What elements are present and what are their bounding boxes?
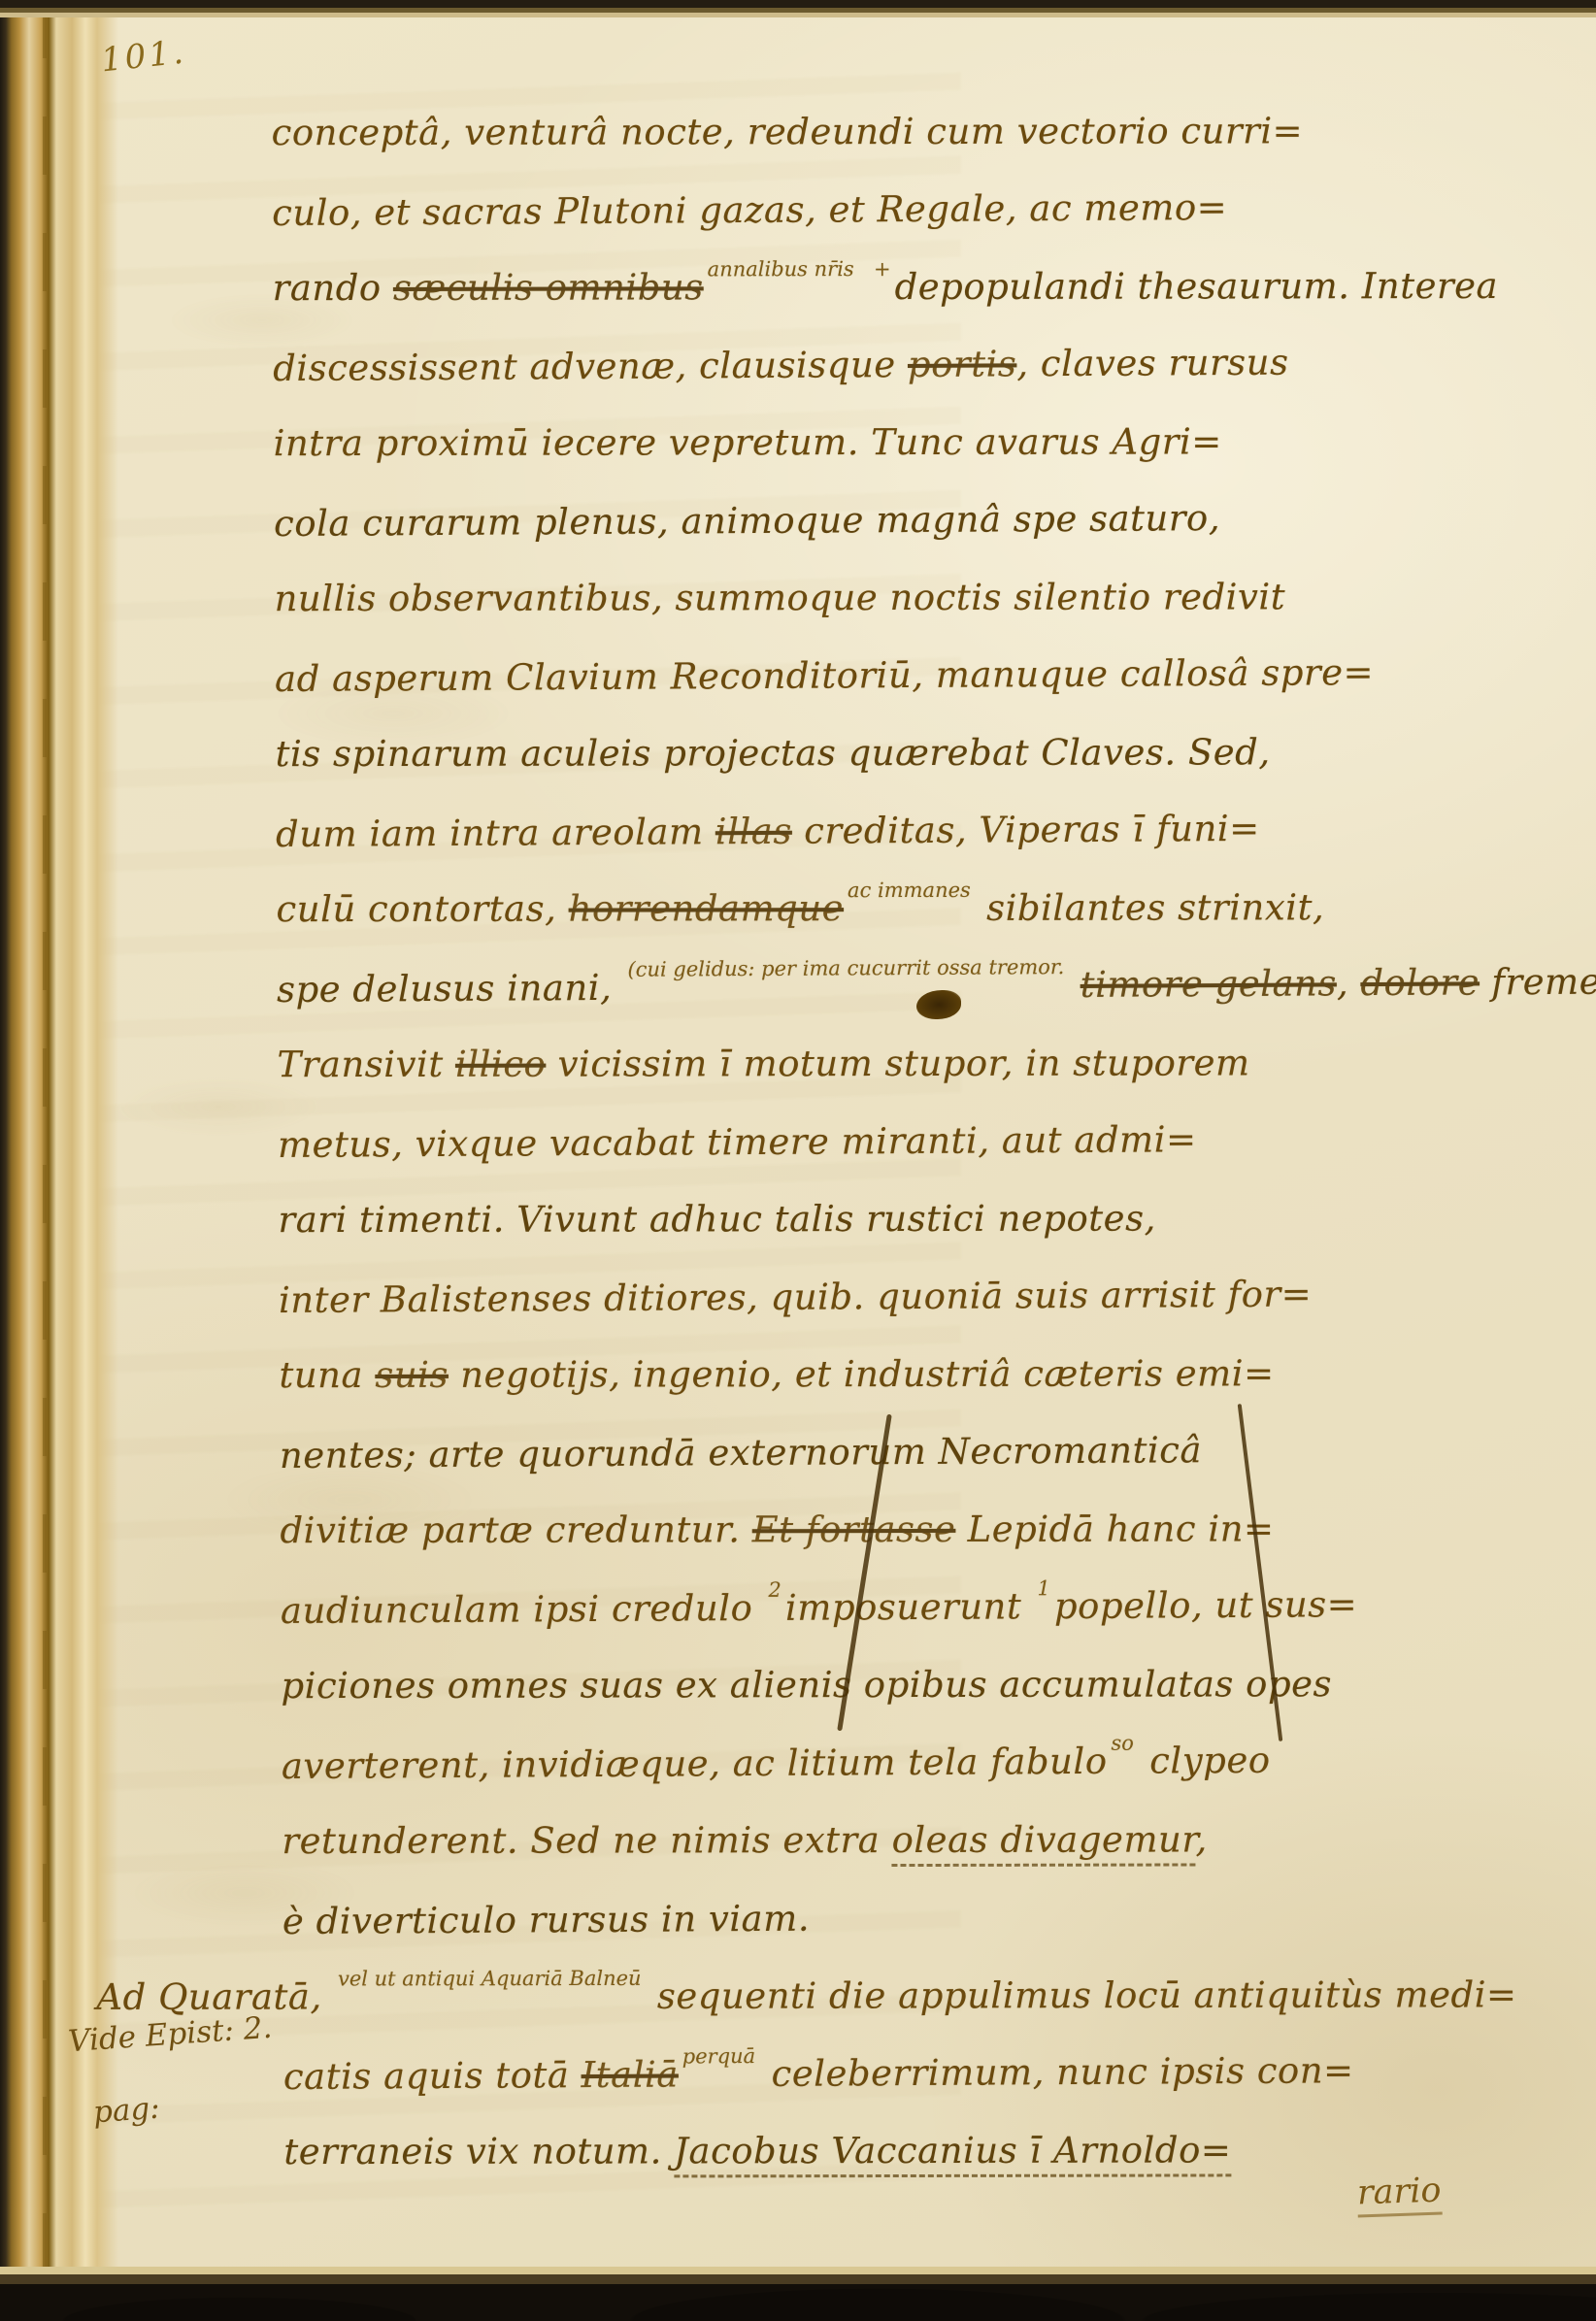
manuscript-line: Transivit illico vicissim ī motum stupor…	[277, 1024, 1548, 1104]
text-run: audiunculam ipsi credulo	[281, 1587, 765, 1632]
text-run: cola curarum plenus, animoque magnâ spe …	[274, 497, 1220, 545]
manuscript-line: è diverticulo rursus in viam.	[283, 1875, 1554, 1961]
text-run: popello, ut sus=	[1054, 1583, 1358, 1627]
interlinear-insertion: annalibus nr̄is	[708, 259, 854, 280]
interlinear-insertion: vel ut antiqui Aquariā Balneū	[338, 1969, 642, 1990]
text-run: tuna	[279, 1354, 375, 1396]
manuscript-line: tis spinarum aculeis projectas quærebat …	[275, 713, 1546, 793]
manuscript-line: discessissent advenæ, clausisque portis,…	[273, 322, 1545, 408]
text-run: vicissim ī motum stupor, in stuporem	[546, 1042, 1249, 1084]
manuscript-line: spe delusus inani, (cui gelidus: per ima…	[277, 944, 1548, 1029]
manuscript-line: dum iam intra areolam illas creditas, Vi…	[276, 788, 1547, 874]
text-run: Lepidā hanc in=	[955, 1508, 1274, 1550]
text-run: metus, vixque vacabat timere miranti, au…	[278, 1118, 1197, 1166]
manuscript-line: conceptâ, venturâ nocte, redeundi cum ve…	[272, 92, 1544, 172]
text-run: intra proximū iecere vepretum. Tunc avar…	[274, 420, 1222, 464]
manuscript-photo: 101. conceptâ, venturâ nocte, redeundi c…	[0, 0, 1596, 2321]
text-run: retunderent. Sed ne nimis extra	[282, 1819, 891, 1862]
manuscript-line: metus, vixque vacabat timere miranti, au…	[278, 1099, 1549, 1184]
manuscript-line: rari timenti. Vivunt adhuc talis rustici…	[278, 1179, 1549, 1259]
manuscript-line: ad asperum Clavium Reconditoriū, manuque…	[275, 633, 1546, 718]
struck-word: Italiā	[581, 2053, 679, 2096]
text-run: conceptâ, venturâ nocte, redeundi cum ve…	[272, 110, 1304, 153]
text-run: imposuerunt	[785, 1585, 1034, 1629]
manuscript-line: audiunculam ipsi credulo 2imposuerunt 1p…	[281, 1565, 1552, 1650]
text-run: Ad Quaratā,	[96, 1975, 334, 2017]
interlinear-insertion: +	[874, 259, 891, 280]
text-run: rando	[273, 267, 393, 309]
page-bottom-torn-edge	[0, 2224, 1596, 2321]
interlinear-insertion: (cui gelidus: per ima cucurrit ossa trem…	[627, 957, 1064, 980]
struck-word: illico	[455, 1044, 546, 1085]
text-run: nullis observantibus, summoque noctis si…	[275, 576, 1286, 619]
catchword: rario	[1356, 2172, 1442, 2218]
text-run: terraneis vix notum.	[283, 2130, 674, 2172]
text-run: celeberrimum, nunc ipsis con=	[759, 2049, 1354, 2095]
manuscript-line: Ad Quaratā, vel ut antiqui Aquariā Balne…	[96, 1956, 1554, 2037]
manuscript-line: averterent, invidiæque, ac litium tela f…	[282, 1720, 1553, 1806]
interlinear-insertion: so	[1111, 1734, 1134, 1754]
text-run: discessissent advenæ, clausisque	[273, 344, 908, 389]
manuscript-line: cola curarum plenus, animoque magnâ spe …	[274, 478, 1546, 563]
manuscript-line: intra proximū iecere vepretum. Tunc avar…	[274, 403, 1546, 482]
text-run: inter Balistenses ditiores, quib. quoniā…	[279, 1273, 1312, 1321]
text-run: rari timenti. Vivunt adhuc talis rustici…	[278, 1198, 1155, 1242]
text-run: sequenti die appulimus locū antiquitùs m…	[646, 1973, 1517, 2017]
text-run: depopulandi thesaurum. Interea	[895, 265, 1499, 308]
margin-note-pag: pag:	[92, 2091, 161, 2131]
text-run: nentes; arte quorundā externorum Necroma…	[280, 1429, 1202, 1476]
text-run: , claves rursus	[1016, 342, 1288, 385]
manuscript-line: piciones omnes suas ex alienis opibus ac…	[281, 1645, 1552, 1725]
manuscript-line: tuna suis negotijs, ingenio, et industri…	[279, 1335, 1550, 1414]
text-run: è diverticulo rursus in viam.	[283, 1898, 810, 1942]
text-run	[1068, 964, 1081, 1006]
struck-word: horrendamque	[569, 887, 845, 929]
text-run: catis aquis totā	[283, 2054, 582, 2098]
manuscript-line: inter Balistenses ditiores, quib. quoniā…	[279, 1254, 1550, 1340]
struck-word: Et fortasse	[752, 1509, 956, 1550]
manuscript-line: nullis observantibus, summoque noctis si…	[275, 558, 1546, 638]
text-run	[858, 266, 870, 308]
struck-word: portis	[908, 343, 1017, 385]
text-run: spe delusus inani,	[277, 967, 624, 1011]
text-run: divitiæ partæ creduntur.	[280, 1509, 751, 1551]
text-run: culo, et sacras Plutoni gazas, et Regale…	[272, 186, 1227, 234]
text-run: dum iam intra areolam	[276, 811, 715, 855]
text-run: fremens.	[1480, 960, 1596, 1003]
text-run: clypeo	[1138, 1740, 1271, 1782]
struck-word: dolore	[1360, 961, 1480, 1004]
underlined-phrase: Jacobus Vaccanius ī Arnoldo=	[674, 2129, 1231, 2177]
manuscript-line: rando sæculis omnibusannalibus nr̄is +de…	[273, 248, 1545, 327]
manuscript-line: culo, et sacras Plutoni gazas, et Regale…	[272, 167, 1544, 252]
manuscript-line: divitiæ partæ creduntur. Et fortasse Lep…	[280, 1490, 1551, 1570]
interlinear-insertion: ac immanes	[848, 880, 971, 901]
text-run: ,	[1195, 1818, 1207, 1860]
manuscript-text-block: conceptâ, venturâ nocte, redeundi cum ve…	[271, 89, 1555, 2194]
struck-word: sæculis omnibus	[393, 266, 704, 309]
manuscript-line: retunderent. Sed ne nimis extra oleas di…	[282, 1801, 1553, 1880]
text-run: sibilantes strinxit,	[975, 886, 1324, 929]
page-top-edge	[0, 0, 1596, 25]
manuscript-line: culū contortas, horrendamqueac immanes s…	[276, 869, 1547, 948]
text-run: culū contortas,	[276, 888, 568, 931]
text-run: Transivit	[277, 1044, 455, 1085]
manuscript-line: nentes; arte quorundā externorum Necroma…	[280, 1409, 1551, 1495]
underlined-phrase: oleas divagemur	[892, 1818, 1196, 1867]
text-run: ,	[1337, 962, 1361, 1004]
text-run: negotijs, ingenio, et industriâ cæteris …	[449, 1352, 1275, 1395]
text-run: piciones omnes suas ex alienis opibus ac…	[281, 1663, 1332, 1707]
text-run: creditas, Viperas ī funi=	[792, 808, 1260, 852]
struck-word: illas	[715, 811, 792, 852]
text-run: tis spinarum aculeis projectas quærebat …	[276, 731, 1271, 775]
interlinear-insertion: 1	[1037, 1578, 1050, 1599]
struck-word: timore gelans	[1081, 962, 1337, 1006]
interlinear-insertion: perquā	[682, 2046, 756, 2067]
text-run: ad asperum Clavium Reconditoriū, manuque…	[275, 651, 1374, 700]
struck-word: suis	[375, 1354, 449, 1396]
interlinear-insertion: 2	[768, 1580, 781, 1601]
text-run: averterent, invidiæque, ac litium tela f…	[282, 1741, 1108, 1787]
manuscript-line: catis aquis totā Italiāperquā celeberrim…	[283, 2031, 1555, 2116]
